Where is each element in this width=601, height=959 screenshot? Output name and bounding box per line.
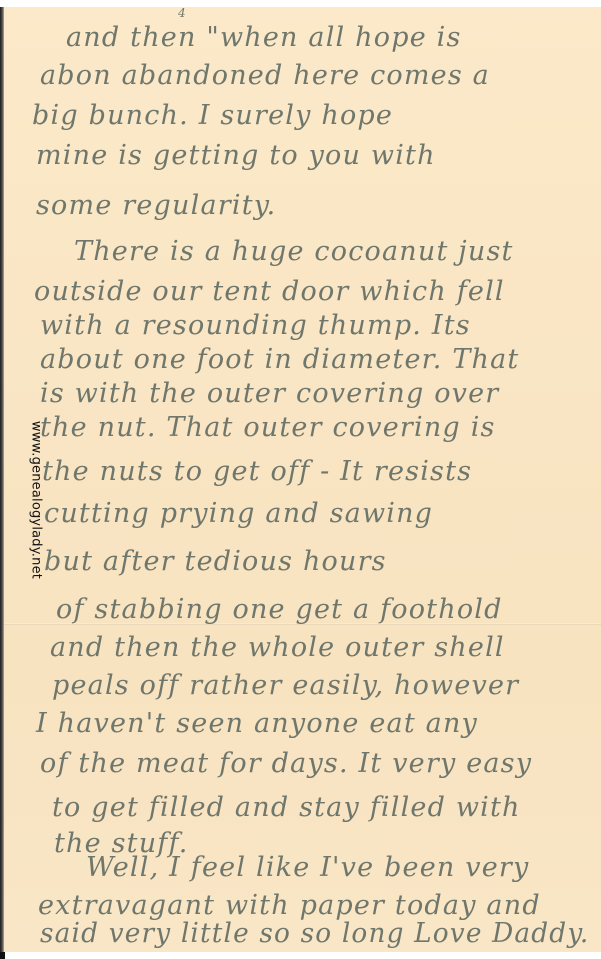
letter-line-3: big bunch. I surely hope xyxy=(32,100,393,131)
letter-line-16: and then the whole outer shell xyxy=(50,632,505,663)
letter-line-15: of stabbing one get a foothold xyxy=(56,594,503,625)
letter-line-19: of the meat for days. It very easy xyxy=(40,748,532,779)
letter-line-18: I haven't seen anyone eat any xyxy=(36,708,478,739)
letter-line-12: the nuts to get off - It resists xyxy=(42,456,472,487)
letter-line-1: and then "when all hope is xyxy=(66,22,462,53)
letter-line-22: Well, I feel like I've been very xyxy=(86,852,529,883)
letter-line-11: the nut. That outer covering is xyxy=(40,412,496,443)
letter-line-8: with a resounding thump. Its xyxy=(40,310,471,341)
superscript-mark: 4 xyxy=(178,6,186,20)
letter-line-5: some regularity. xyxy=(36,190,276,221)
letter-line-6: There is a huge cocoanut just xyxy=(74,236,514,267)
letter-line-2: abon abandoned here comes a xyxy=(40,60,490,91)
letter-line-10: is with the outer covering over xyxy=(40,378,499,409)
letter-line-13: cutting prying and sawing xyxy=(44,498,433,529)
letter-line-23: extravagant with paper today and xyxy=(38,890,541,921)
letter-line-17: peals off rather easily, however xyxy=(52,670,519,701)
letter-line-14: but after tedious hours xyxy=(44,546,387,577)
letter-line-20: to get filled and stay filled with xyxy=(52,792,521,823)
letter-line-4: mine is getting to you with xyxy=(36,140,436,171)
letter-line-9: about one foot in diameter. That xyxy=(40,344,519,375)
scan-corner-mark xyxy=(0,952,5,959)
letter-line-24: said very little so so long Love Daddy. xyxy=(40,918,589,949)
letter-line-7: outside our tent door which fell xyxy=(34,276,505,307)
watermark-text: www.genealogylady.net xyxy=(29,421,44,579)
